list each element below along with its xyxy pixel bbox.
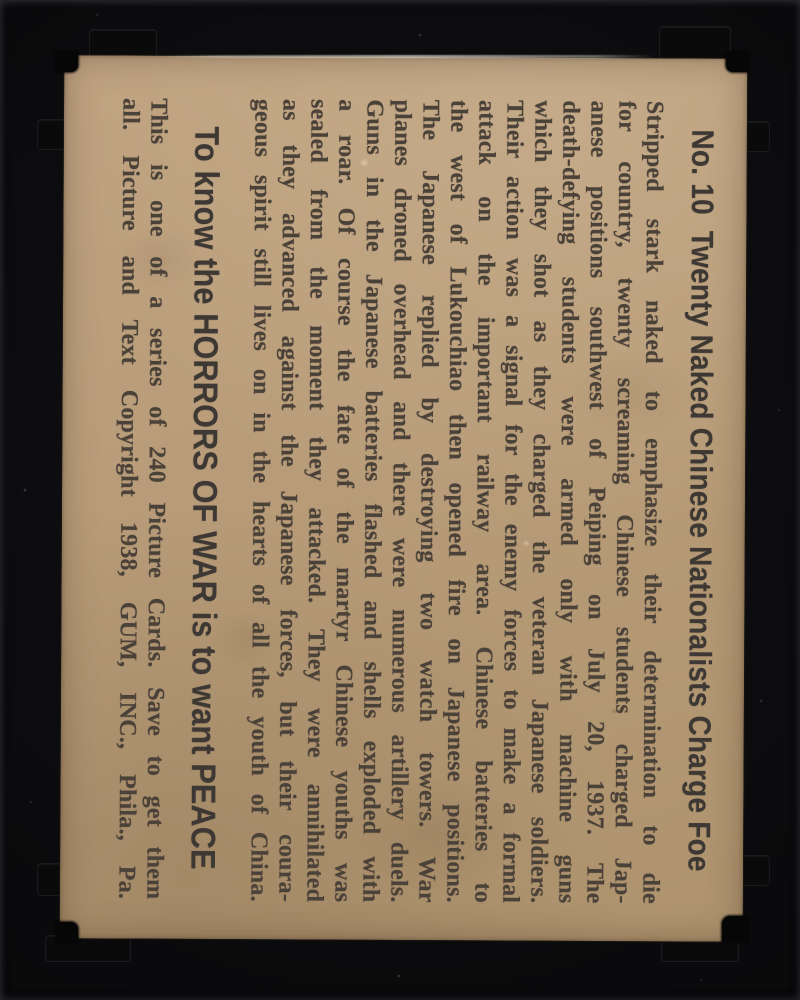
holder-corner-cover-bottom-right: [722, 916, 748, 942]
holder-corner-cover-top-left: [56, 52, 78, 72]
card-text-line: anese positions southwest of Peiping on …: [580, 100, 612, 903]
card-text-line: Their action was a signal for the enemy …: [496, 100, 528, 903]
card-back-content: No. 10 Twenty Naked Chinese Nationalists…: [60, 55, 748, 942]
photo-of-card-in-holder: No. 10 Twenty Naked Chinese Nationalists…: [0, 0, 800, 1000]
card-text-line: death-defying students were armed only w…: [552, 100, 584, 903]
holder-corner-cover-bottom-left: [56, 922, 78, 942]
card-text-line: attack on the important railway area. Ch…: [468, 99, 500, 902]
holder-side-tab-top-left: [38, 120, 65, 149]
card-text-line: for country, twenty screaming Chinese st…: [608, 100, 640, 903]
card-footer-line: This is one of a series of 240 Picture C…: [140, 98, 172, 899]
card-text-line: as they advanced against the Japanese fo…: [272, 98, 304, 901]
card-text-line: Stripped stark naked to emphasize their …: [636, 100, 668, 903]
card-title: No. 10 Twenty Naked Chinese Nationalists…: [679, 103, 721, 898]
card-back: No. 10 Twenty Naked Chinese Nationalists…: [60, 55, 748, 942]
card-text-line: planes droned overhead and there were nu…: [384, 99, 416, 902]
dust-specks: [0, 0, 2, 2]
card-footer: This is one of a series of 240 Picture C…: [112, 97, 172, 898]
card-footer-line: all. Picture and Text Copyright 1938, GU…: [112, 97, 144, 898]
card-text-line: geous spirit still lives on in the heart…: [244, 98, 276, 901]
card-text-line: which they shot as they charged the vete…: [524, 100, 556, 903]
holder-side-tab-bottom-right: [742, 856, 769, 885]
card-text-line: sealed from the moment they attacked. Th…: [300, 98, 332, 901]
card-body-paragraph: Stripped stark naked to emphasize their …: [244, 98, 668, 903]
card-text-line: a roar. Of course the fate of the martyr…: [328, 99, 360, 902]
card-text-line: The Japanese replied by destroying two w…: [412, 99, 444, 902]
holder-corner-tab-top-right: [660, 27, 730, 61]
holder-corner-cover-top-right: [726, 52, 748, 72]
card-text-line: the west of Lukouchiao then opened fire …: [440, 99, 472, 902]
card-top-edge-highlight: [160, 55, 656, 58]
card-slogan: To know the HORRORS OF WAR is to want PE…: [180, 100, 228, 895]
card-text-line: Guns in the Japanese batteries flashed a…: [356, 99, 388, 902]
